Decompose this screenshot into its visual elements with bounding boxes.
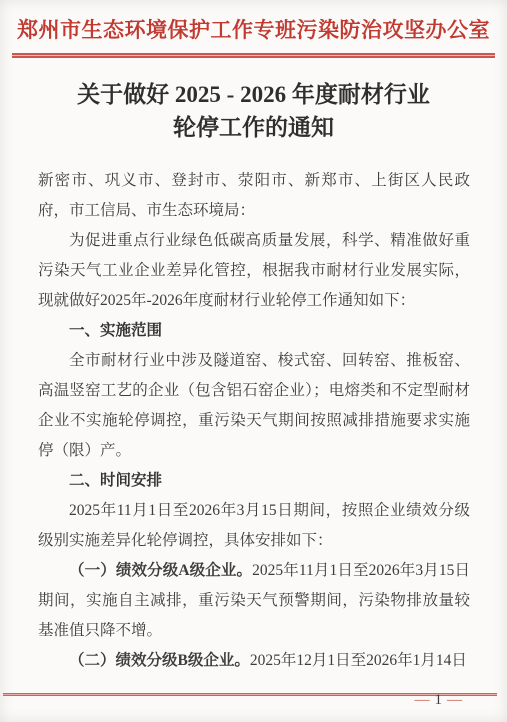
document-body: 新密市、巩义市、登封市、荥阳市、新郑市、上街区人民政府，市工信局、市生态环境局：…	[38, 166, 470, 676]
grade-a-paragraph: （一）绩效分级A级企业。2025年11月1日至2026年3月15日期间，实施自主…	[38, 556, 470, 646]
schedule-intro-paragraph: 2025年11月1日至2026年3月15日期间，按照企业绩效分级级别实施差异化轮…	[38, 496, 470, 556]
heading-text: 一、实施范围	[69, 322, 162, 339]
section-heading-1: 一、实施范围	[38, 316, 470, 346]
paragraph-text: 为促进重点行业绿色低碳高质量发展，科学、精准做好重污染天气工业企业差异化管控，根…	[38, 232, 470, 309]
page-number-left-dash: —	[410, 692, 435, 708]
page-number-value: 1	[435, 692, 443, 708]
title-line-1: 关于做好 2025 - 2026 年度耐材行业	[0, 78, 507, 111]
intro-paragraph: 为促进重点行业绿色低碳高质量发展，科学、精准做好重污染天气工业企业差异化管控，根…	[38, 226, 470, 316]
document-title: 关于做好 2025 - 2026 年度耐材行业 轮停工作的通知	[0, 78, 507, 144]
salutation-paragraph: 新密市、巩义市、登封市、荥阳市、新郑市、上街区人民政府，市工信局、市生态环境局：	[38, 166, 470, 226]
paragraph-text: 2025年12月1日至2026年1月14日	[250, 652, 467, 669]
scope-paragraph: 全市耐材行业中涉及隧道窑、梭式窑、回转窑、推板窑、高温竖窑工艺的企业（包含铝石窑…	[38, 346, 470, 466]
paragraph-lead: （一）绩效分级A级企业。	[69, 562, 252, 579]
header-divider-rule	[12, 53, 495, 58]
paragraph-text: 2025年11月1日至2026年3月15日期间，按照企业绩效分级级别实施差异化轮…	[38, 502, 470, 549]
title-line-2: 轮停工作的通知	[0, 111, 507, 144]
heading-text: 二、时间安排	[69, 472, 162, 489]
grade-b-paragraph: （二）绩效分级B级企业。2025年12月1日至2026年1月14日	[38, 646, 470, 676]
paragraph-lead: （二）绩效分级B级企业。	[69, 652, 250, 669]
page-number: —1—	[410, 691, 468, 709]
paragraph-text: 新密市、巩义市、登封市、荥阳市、新郑市、上街区人民政府，市工信局、市生态环境局：	[38, 172, 470, 219]
page-number-right-dash: —	[442, 692, 467, 708]
document-page: 郑州市生态环境保护工作专班污染防治攻坚办公室 关于做好 2025 - 2026 …	[0, 0, 507, 722]
section-heading-2: 二、时间安排	[38, 466, 470, 496]
issuing-office-header: 郑州市生态环境保护工作专班污染防治攻坚办公室	[0, 0, 507, 45]
paragraph-text: 全市耐材行业中涉及隧道窑、梭式窑、回转窑、推板窑、高温竖窑工艺的企业（包含铝石窑…	[38, 352, 470, 459]
